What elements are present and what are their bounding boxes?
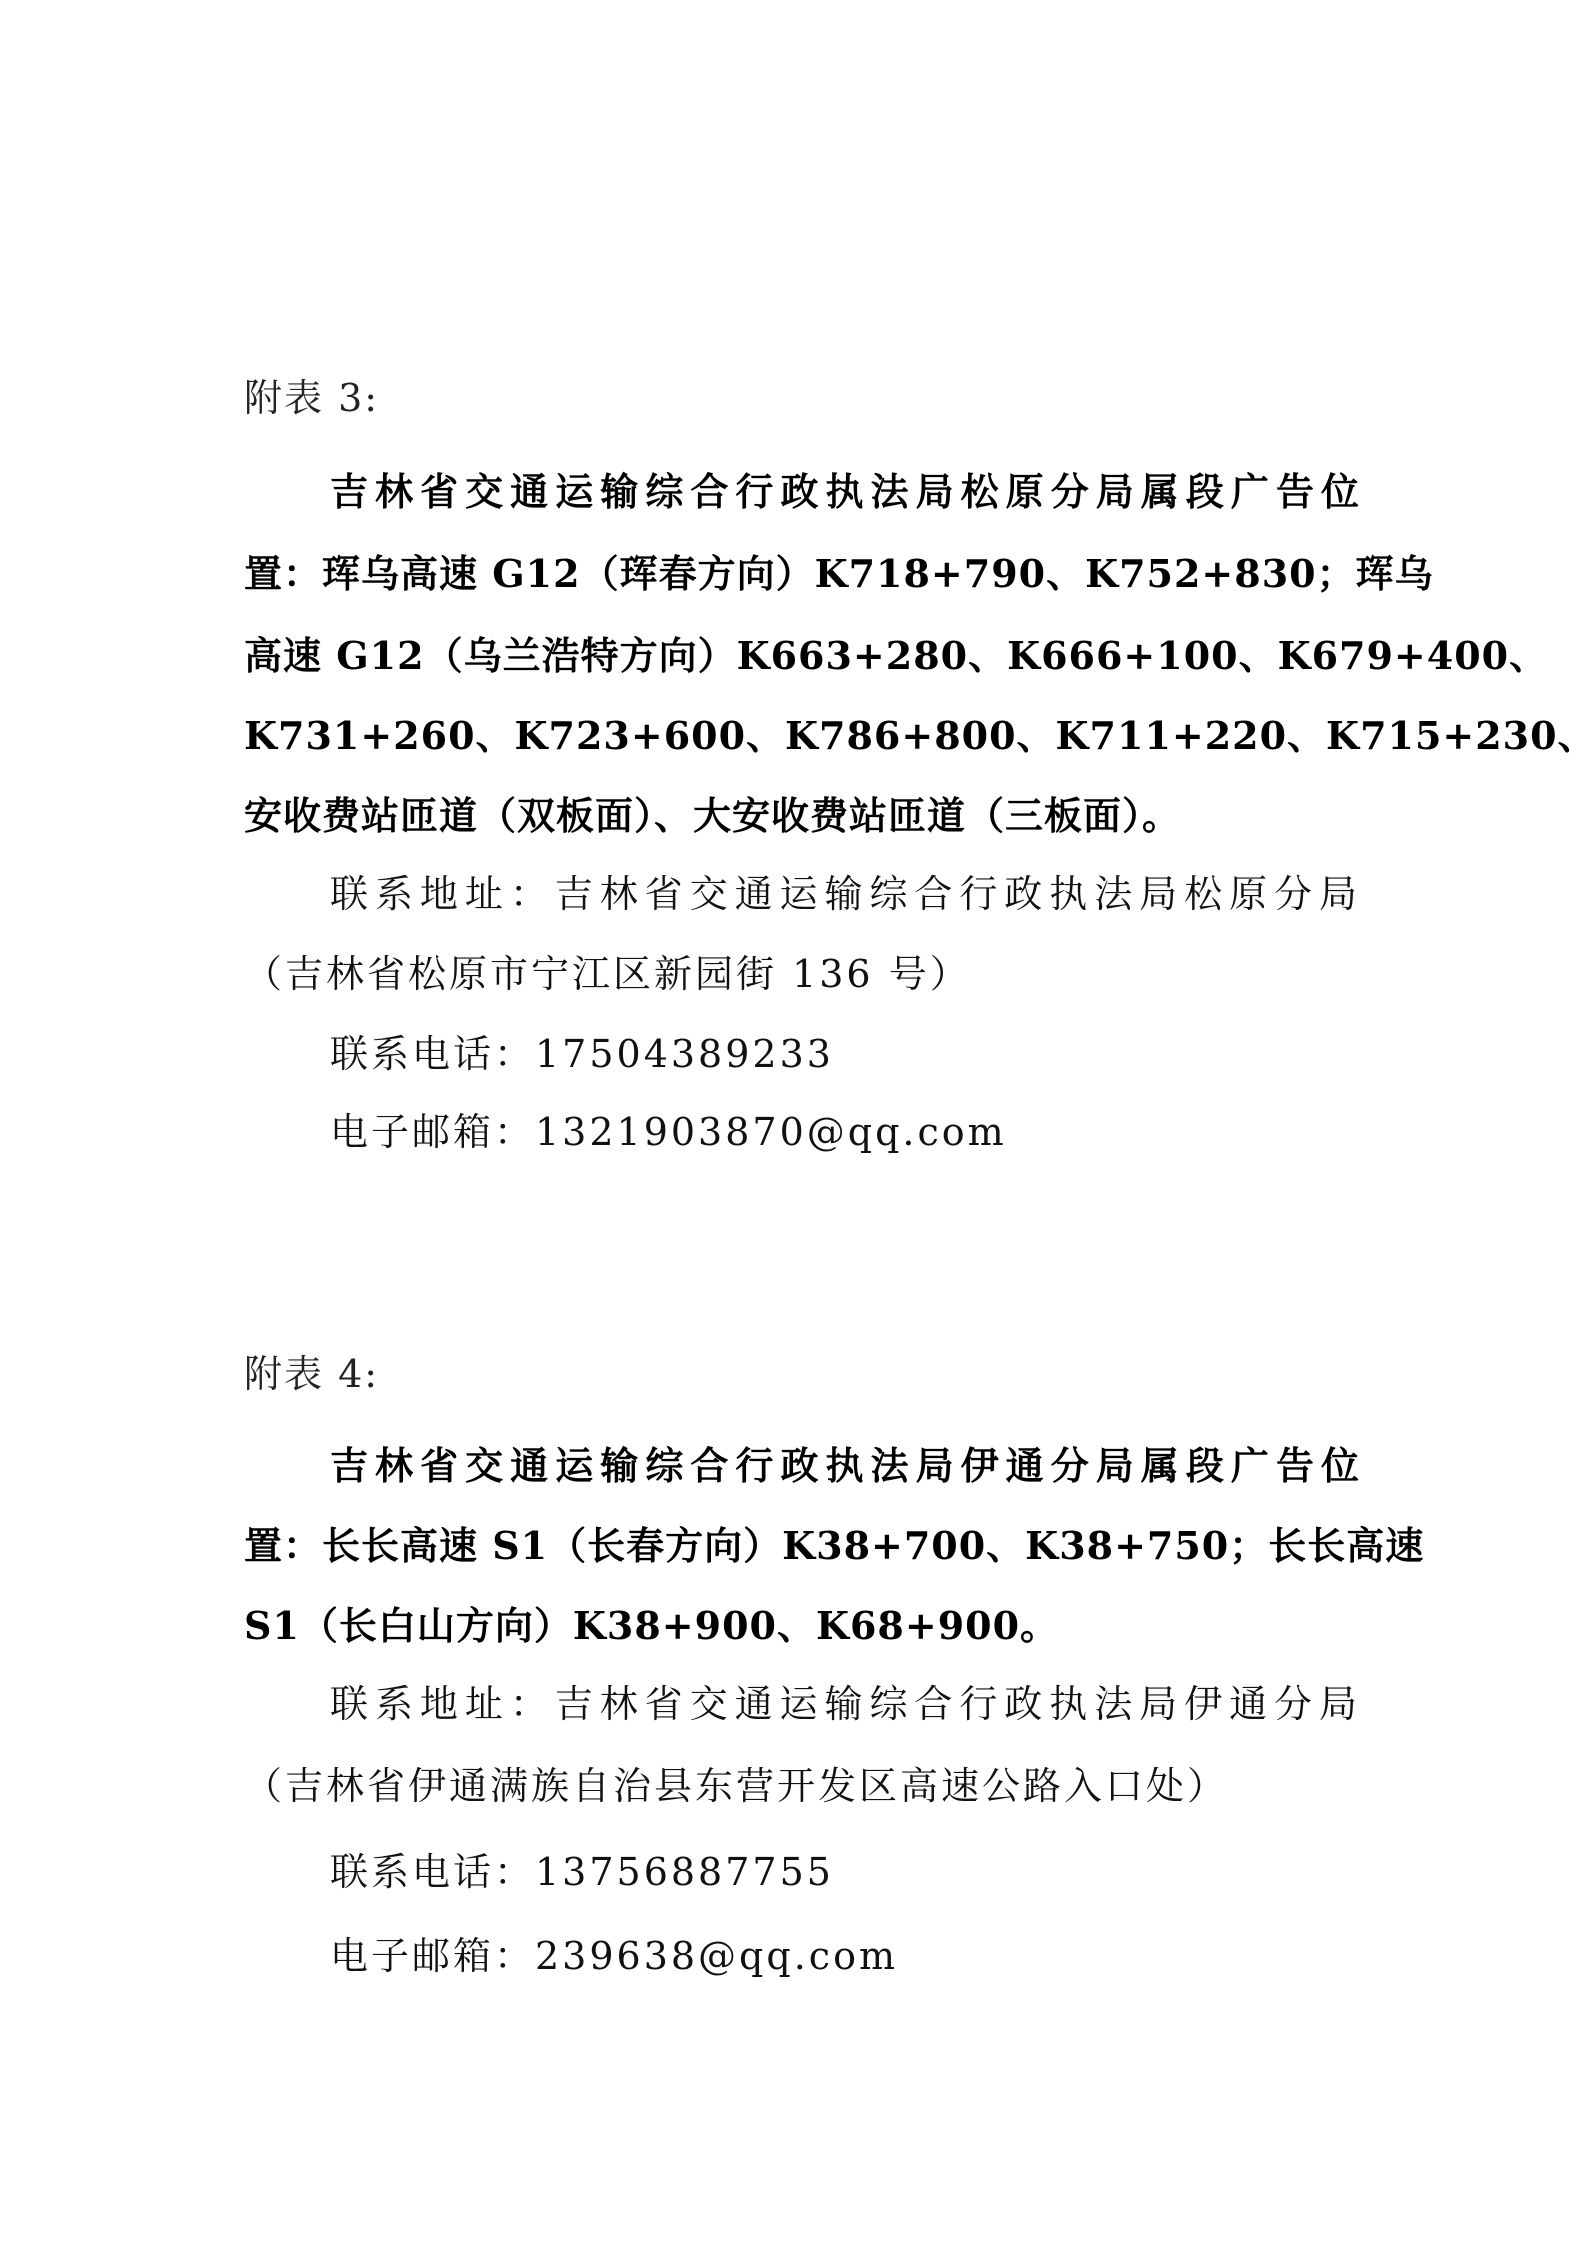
section3-heading-line-5: 安收费站匝道（双板面）、大安收费站匝道（三板面）。 — [244, 792, 1359, 840]
section4-address-label: 联系地址：吉林省交通运输综合行政执法局伊通分局 — [330, 1680, 1360, 1728]
section4-heading-line-2: 置：长长高速 S1（长春方向）K38+700、K38+750；长长高速 — [244, 1522, 1359, 1570]
section3-email: 电子邮箱：1321903870@qq.com — [330, 1108, 1360, 1156]
section3-phone: 联系电话：17504389233 — [330, 1030, 1360, 1078]
section3-heading-line-2: 置：珲乌高速 G12（珲春方向）K718+790、K752+830；珲乌 — [244, 550, 1359, 598]
section3-heading-line-3: 高速 G12（乌兰浩特方向）K663+280、K666+100、K679+400… — [244, 632, 1359, 680]
section3-address-detail: （吉林省松原市宁江区新园街 136 号） — [244, 950, 1359, 998]
section4-label: 附表 4: — [244, 1350, 1359, 1398]
document-page: 附表 3: 吉林省交通运输综合行政执法局松原分局属段广告位 置：珲乌高速 G12… — [0, 0, 1587, 2245]
section4-heading-line-1: 吉林省交通运输综合行政执法局伊通分局属段广告位 — [330, 1442, 1360, 1490]
section3-heading-line-4: K731+260、K723+600、K786+800、K711+220、K715… — [244, 712, 1359, 760]
section3-heading-line-1: 吉林省交通运输综合行政执法局松原分局属段广告位 — [330, 468, 1360, 516]
section4-heading-line-3: S1（长白山方向）K38+900、K68+900。 — [244, 1602, 1359, 1650]
section4-email: 电子邮箱：239638@qq.com — [330, 1932, 1360, 1980]
section4-phone: 联系电话：13756887755 — [330, 1848, 1360, 1896]
section3-label: 附表 3: — [244, 374, 1359, 422]
section3-address-label: 联系地址：吉林省交通运输综合行政执法局松原分局 — [330, 870, 1360, 918]
section4-address-detail: （吉林省伊通满族自治县东营开发区高速公路入口处） — [244, 1762, 1359, 1810]
